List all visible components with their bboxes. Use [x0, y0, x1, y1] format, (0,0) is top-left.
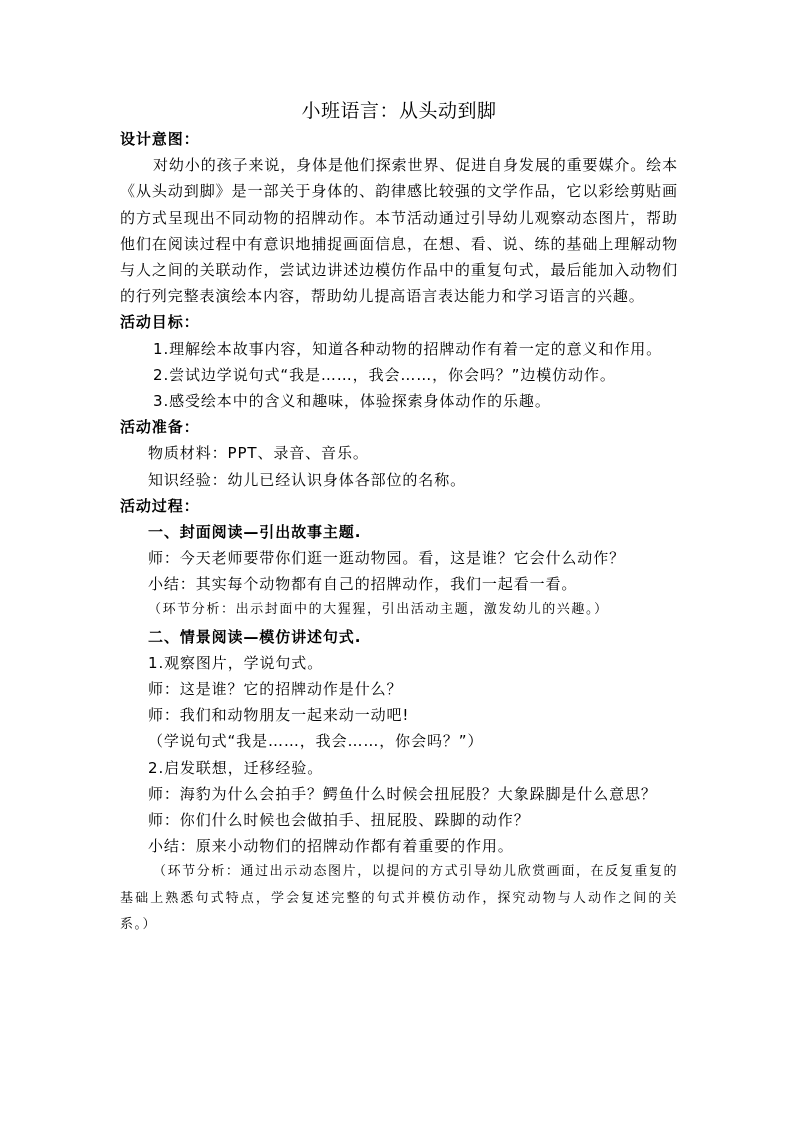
goal-item: 1.理解绘本故事内容，知道各种动物的招牌动作有着一定的意义和作用。	[120, 336, 678, 362]
section-heading-design-intent: 设计意图：	[120, 126, 678, 152]
preparation-item: 物质材料：PPT、录音、音乐。	[120, 440, 678, 466]
preparation-item: 知识经验：幼儿已经认识身体各部位的名称。	[120, 467, 678, 493]
process-line: 师：我们和动物朋友一起来动一动吧!	[120, 702, 678, 728]
section-heading-preparation: 活动准备：	[120, 414, 678, 440]
process-line: 师：今天老师要带你们逛一逛动物园。看，这是谁？它会什么动作？	[120, 545, 678, 571]
goal-item: 2.尝试边学说句式“我是……，我会……，你会吗？”边模仿动作。	[120, 362, 678, 388]
design-intent-paragraph: 对幼小的孩子来说，身体是他们探索世界、促进自身发展的重要媒介。绘本《从头动到脚》…	[120, 152, 678, 309]
process-line: （学说句式“我是……，我会……，你会吗？”）	[120, 728, 678, 754]
process-line: 1.观察图片，学说句式。	[120, 650, 678, 676]
goal-item: 3.感受绘本中的含义和趣味，体验探索身体动作的乐趣。	[120, 388, 678, 414]
process-line: 小结：其实每个动物都有自己的招牌动作，我们一起看一看。	[120, 571, 678, 597]
process-line: 小结：原来小动物们的招牌动作都有着重要的作用。	[120, 833, 678, 859]
process-line: 师：海豹为什么会拍手？鳄鱼什么时候会扭屁股？大象跺脚是什么意思？	[120, 781, 678, 807]
process-part2-heading: 二、情景阅读—模仿讲述句式.	[120, 624, 678, 650]
process-line: 2.启发联想，迁移经验。	[120, 755, 678, 781]
process-part1-note: （环节分析：出示封面中的大猩猩，引出活动主题，激发幼儿的兴趣。）	[120, 597, 678, 623]
process-part2-note: （环节分析：通过出示动态图片，以提问的方式引导幼儿欣赏画面，在反复重复的基础上熟…	[120, 859, 678, 938]
section-heading-goals: 活动目标：	[120, 309, 678, 335]
process-part1-heading: 一、封面阅读—引出故事主题.	[120, 519, 678, 545]
section-heading-process: 活动过程：	[120, 493, 678, 519]
document-page: 小班语言：从头动到脚 设计意图： 对幼小的孩子来说，身体是他们探索世界、促进自身…	[120, 96, 678, 938]
document-title: 小班语言：从头动到脚	[120, 96, 678, 126]
process-line: 师：这是谁？它的招牌动作是什么？	[120, 676, 678, 702]
process-line: 师：你们什么时候也会做拍手、扭屁股、跺脚的动作？	[120, 807, 678, 833]
